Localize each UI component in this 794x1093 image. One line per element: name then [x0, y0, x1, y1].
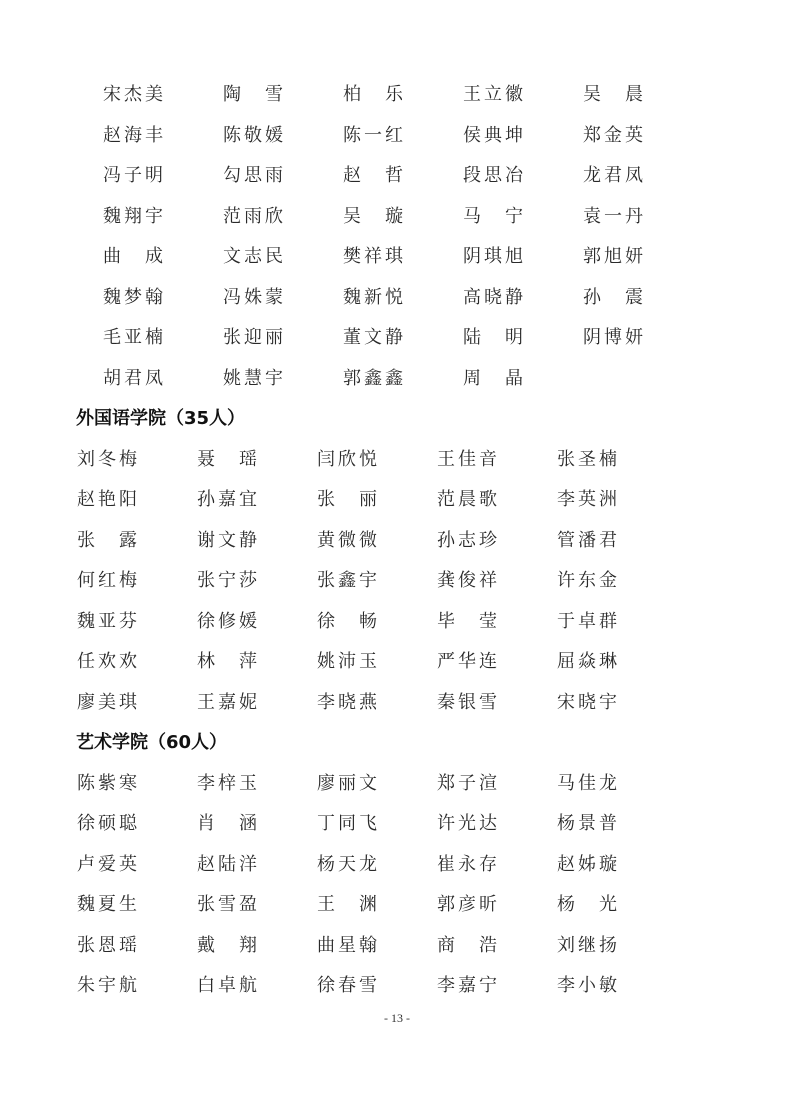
section-heading-arts: 艺术学院（60人）: [76, 728, 227, 758]
name-entry: 郭鑫鑫: [343, 364, 403, 394]
name-entry: 闫欣悦: [317, 445, 377, 475]
name-entry: 刘冬梅: [77, 445, 137, 475]
name-entry: 李晓燕: [317, 688, 377, 718]
name-entry: 聂瑶: [197, 445, 257, 475]
name-entry: 赵哲: [343, 161, 403, 191]
document-page: 宋杰美陶雪柏乐王立徽吴晨赵海丰陈敬媛陈一红侯典坤郑金英冯子明勾思雨赵哲段思冶龙君…: [0, 0, 794, 1093]
name-entry: 王渊: [317, 890, 377, 920]
name-entry: 孙震: [583, 283, 643, 313]
name-entry: 黄微微: [317, 526, 377, 556]
name-entry: 赵海丰: [103, 121, 163, 151]
name-entry: 赵陆洋: [197, 850, 257, 880]
name-entry: 阴博妍: [583, 323, 643, 353]
page-number: - 13 -: [0, 1011, 794, 1026]
name-entry: 毛亚楠: [103, 323, 163, 353]
name-entry: 胡君凤: [103, 364, 163, 394]
name-entry: 张迎丽: [223, 323, 283, 353]
name-entry: 赵姊璇: [557, 850, 617, 880]
name-entry: 朱宇航: [77, 971, 137, 1001]
name-entry: 孙志珍: [437, 526, 497, 556]
name-entry: 高晓静: [463, 283, 523, 313]
name-entry: 毕莹: [437, 607, 497, 637]
name-entry: 林萍: [197, 647, 257, 677]
name-entry: 姚慧宇: [223, 364, 283, 394]
name-entry: 冯子明: [103, 161, 163, 191]
name-entry: 孙嘉宜: [197, 485, 257, 515]
name-entry: 陶雪: [223, 80, 283, 110]
name-entry: 张恩瑶: [77, 931, 137, 961]
name-entry: 龚俊祥: [437, 566, 497, 596]
name-entry: 管潘君: [557, 526, 617, 556]
name-entry: 侯典坤: [463, 121, 523, 151]
name-entry: 丁同飞: [317, 809, 377, 839]
name-entry: 杨光: [557, 890, 617, 920]
name-entry: 范雨欣: [223, 202, 283, 232]
name-entry: 樊祥琪: [343, 242, 403, 272]
name-entry: 杨天龙: [317, 850, 377, 880]
name-entry: 吴晨: [583, 80, 643, 110]
name-entry: 郭旭妍: [583, 242, 643, 272]
name-entry: 魏夏生: [77, 890, 137, 920]
name-entry: 吴璇: [343, 202, 403, 232]
name-entry: 阴琪旭: [463, 242, 523, 272]
name-entry: 张宁莎: [197, 566, 257, 596]
name-entry: 廖丽文: [317, 769, 377, 799]
name-entry: 戴翔: [197, 931, 257, 961]
name-entry: 陈敬媛: [223, 121, 283, 151]
name-entry: 刘继扬: [557, 931, 617, 961]
name-entry: 曲星翰: [317, 931, 377, 961]
name-entry: 赵艳阳: [77, 485, 137, 515]
name-entry: 卢爱英: [77, 850, 137, 880]
name-entry: 陈一红: [343, 121, 403, 151]
name-entry: 廖美琪: [77, 688, 137, 718]
name-entry: 王立徽: [463, 80, 523, 110]
name-entry: 袁一丹: [583, 202, 643, 232]
name-entry: 何红梅: [77, 566, 137, 596]
name-entry: 宋晓宇: [557, 688, 617, 718]
name-entry: 曲成: [103, 242, 163, 272]
name-entry: 郑子渲: [437, 769, 497, 799]
name-entry: 王嘉妮: [197, 688, 257, 718]
name-entry: 崔永存: [437, 850, 497, 880]
name-entry: 马宁: [463, 202, 523, 232]
name-entry: 张雪盈: [197, 890, 257, 920]
name-entry: 李嘉宁: [437, 971, 497, 1001]
name-entry: 张鑫宇: [317, 566, 377, 596]
name-entry: 李梓玉: [197, 769, 257, 799]
name-entry: 文志民: [223, 242, 283, 272]
name-entry: 许东金: [557, 566, 617, 596]
name-entry: 柏乐: [343, 80, 403, 110]
name-entry: 王佳音: [437, 445, 497, 475]
name-entry: 张露: [77, 526, 137, 556]
name-entry: 严华连: [437, 647, 497, 677]
name-entry: 周晶: [463, 364, 523, 394]
name-entry: 勾思雨: [223, 161, 283, 191]
name-entry: 徐修媛: [197, 607, 257, 637]
name-entry: 任欢欢: [77, 647, 137, 677]
name-entry: 于卓群: [557, 607, 617, 637]
name-entry: 陈紫寒: [77, 769, 137, 799]
name-entry: 董文静: [343, 323, 403, 353]
name-entry: 龙君凤: [583, 161, 643, 191]
name-entry: 白卓航: [197, 971, 257, 1001]
name-entry: 许光达: [437, 809, 497, 839]
name-entry: 徐畅: [317, 607, 377, 637]
name-entry: 商浩: [437, 931, 497, 961]
name-entry: 杨景普: [557, 809, 617, 839]
name-entry: 屈焱琳: [557, 647, 617, 677]
name-entry: 张丽: [317, 485, 377, 515]
name-entry: 秦银雪: [437, 688, 497, 718]
name-entry: 陆明: [463, 323, 523, 353]
name-entry: 魏新悦: [343, 283, 403, 313]
section-heading-foreign-languages: 外国语学院（35人）: [76, 404, 245, 434]
name-entry: 肖涵: [197, 809, 257, 839]
name-entry: 徐硕聪: [77, 809, 137, 839]
name-entry: 郭彦昕: [437, 890, 497, 920]
name-entry: 李英洲: [557, 485, 617, 515]
name-entry: 张圣楠: [557, 445, 617, 475]
name-entry: 范晨歌: [437, 485, 497, 515]
name-entry: 宋杰美: [103, 80, 163, 110]
name-entry: 谢文静: [197, 526, 257, 556]
name-entry: 徐春雪: [317, 971, 377, 1001]
name-entry: 姚沛玉: [317, 647, 377, 677]
name-entry: 郑金英: [583, 121, 643, 151]
name-entry: 李小敏: [557, 971, 617, 1001]
name-entry: 马佳龙: [557, 769, 617, 799]
name-entry: 冯姝蒙: [223, 283, 283, 313]
name-entry: 魏梦翰: [103, 283, 163, 313]
name-entry: 段思冶: [463, 161, 523, 191]
name-entry: 魏亚芬: [77, 607, 137, 637]
name-entry: 魏翔宇: [103, 202, 163, 232]
